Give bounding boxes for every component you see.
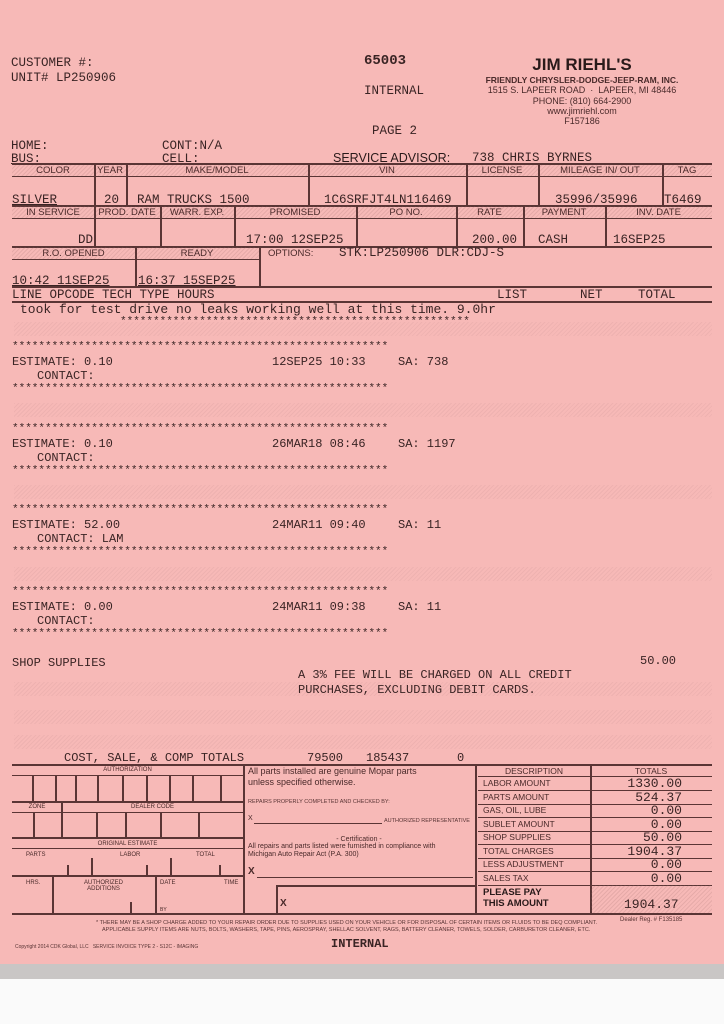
unit-number: UNIT# LP250906 <box>11 71 116 85</box>
col-list: LIST <box>497 288 527 302</box>
stars-divider: ****************************************… <box>12 586 388 598</box>
totals-row: TOTAL CHARGES1904.37 <box>478 845 712 858</box>
invoice-type: INTERNAL <box>364 84 424 98</box>
comp-total: 0 <box>457 751 464 765</box>
dealer-address: 1515 S. LAPEER ROAD · LAPEER, MI 48446 <box>467 85 697 95</box>
estimate-amount: ESTIMATE: 0.10 <box>12 355 113 369</box>
vehicle-mileage: 35996/35996 <box>555 193 638 207</box>
cost-total: 79500 <box>307 751 343 765</box>
totals-row: LABOR AMOUNT1330.00 <box>478 777 712 790</box>
total-label: TOTAL <box>196 852 215 858</box>
totals-row: SUBLET AMOUNT0.00 <box>478 818 712 831</box>
amount-due: 1904.37 <box>624 897 679 912</box>
stars-divider: ****************************************… <box>12 504 388 516</box>
dealer-tagline: FRIENDLY CHRYSLER-DODGE-JEEP-RAM, INC. <box>467 75 697 85</box>
totals-row-label: SALES TAX <box>483 873 529 883</box>
vehicle-make-model: RAM TRUCKS 1500 <box>137 193 250 207</box>
col-vin: VIN <box>308 165 466 176</box>
authorization-label: AUTHORIZATION <box>12 767 243 773</box>
col-promised: PROMISED <box>234 207 356 218</box>
col-total: TOTAL <box>638 288 676 302</box>
stars-divider: ****************************************… <box>12 341 388 353</box>
stars-divider: ****************************************… <box>12 628 388 640</box>
totals-row: PARTS AMOUNT524.37 <box>478 791 712 804</box>
totals-row-label: GAS, OIL, LUBE <box>483 805 546 815</box>
copyright: Copyright 2014 CDK Global, LLC SERVICE I… <box>15 944 198 950</box>
description-header: DESCRIPTION <box>478 766 590 776</box>
estimate-amount: ESTIMATE: 0.00 <box>12 600 113 614</box>
estimate-sa: SA: 11 <box>398 518 441 532</box>
col-rate: RATE <box>456 207 523 218</box>
col-color: COLOR <box>12 165 94 176</box>
totals-row-label: LESS ADJUSTMENT <box>483 859 564 869</box>
estimate-contact: CONTACT: <box>37 369 95 383</box>
vehicle-vin: 1C6SRFJT4LN116469 <box>324 193 452 207</box>
zone-label: ZONE <box>12 804 62 810</box>
in-service-value: DD <box>78 233 93 247</box>
totals-row: SHOP SUPPLIES50.00 <box>478 831 712 844</box>
estimate-sa: SA: 738 <box>398 355 448 369</box>
credit-notice-line-1: A 3% FEE WILL BE CHARGED ON ALL CREDIT <box>298 668 572 682</box>
totals-row-label: TOTAL CHARGES <box>483 846 554 856</box>
col-tag: TAG <box>662 165 712 176</box>
line-columns-header: LINE OPCODE TECH TYPE HOURS <box>12 288 215 302</box>
invoice-number: 65003 <box>364 53 406 69</box>
parts-label: PARTS <box>26 852 45 858</box>
estimate-amount: ESTIMATE: 0.10 <box>12 437 113 451</box>
invoice-date-value: 16SEP25 <box>613 233 666 247</box>
dealer-code-label: DEALER CODE <box>62 804 243 810</box>
estimate-contact: CONTACT: <box>37 451 95 465</box>
options-value: STK:LP250906 DLR:CDJ-S <box>339 246 504 260</box>
col-year: YEAR <box>94 165 126 176</box>
options-label: OPTIONS: <box>268 248 313 259</box>
shop-supplies-amount: 50.00 <box>640 654 676 668</box>
certification-text: All repairs and parts listed were furnis… <box>248 843 436 859</box>
estimate-contact: CONTACT: <box>37 614 95 628</box>
estimate-date: 26MAR18 08:46 <box>272 437 366 451</box>
hrs-label: HRS. <box>26 880 40 886</box>
dealer-reg: Dealer Reg. # F135185 <box>620 917 682 923</box>
totals-row-label: PARTS AMOUNT <box>483 792 549 802</box>
repairs-checked-label: REPAIRS PROPERLY COMPLETED AND CHECKED B… <box>248 799 390 805</box>
ready-label: READY <box>135 248 259 259</box>
date-label: DATE <box>160 880 176 886</box>
totals-row: LESS ADJUSTMENT0.00 <box>478 858 712 871</box>
col-in-service: IN SERVICE <box>12 207 94 218</box>
dealer-name: JIM RIEHL'S <box>477 55 687 75</box>
service-invoice-page: CUSTOMER #: UNIT# LP250906 65003 INTERNA… <box>0 0 724 964</box>
estimate-date: 12SEP25 10:33 <box>272 355 366 369</box>
col-make-model: MAKE/MODEL <box>126 165 308 176</box>
cost-totals-label: COST, SALE, & COMP TOTALS <box>64 751 244 765</box>
estimate-date: 24MAR11 09:40 <box>272 518 366 532</box>
estimate-amount: ESTIMATE: 52.00 <box>12 518 120 532</box>
stars-divider: ****************************************… <box>12 383 388 395</box>
customer-number-label: CUSTOMER #: <box>11 56 94 70</box>
stars-divider: ****************************************… <box>12 465 388 477</box>
totals-row-label: LABOR AMOUNT <box>483 778 551 788</box>
customer-signature-x: X <box>280 898 287 909</box>
page-number: PAGE 2 <box>372 124 417 138</box>
page-edge-shadow <box>0 964 724 979</box>
estimate-contact: CONTACT: LAM <box>37 532 123 546</box>
supply-items-note: APPLICABLE SUPPLY ITEMS ARE NUTS, BOLTS,… <box>102 927 590 933</box>
sale-total: 185437 <box>366 751 409 765</box>
shop-charge-note: * THERE MAY BE A SHOP CHARGE ADDED TO YO… <box>96 920 597 926</box>
home-label: HOME: <box>11 139 49 153</box>
stars-divider: ****************************************… <box>12 423 388 435</box>
authorized-additions-label: AUTHORIZED ADDITIONS <box>52 880 155 892</box>
signature-x-2: X <box>248 866 255 877</box>
signature-x-1: X <box>248 815 253 822</box>
estimate-sa: SA: 11 <box>398 600 441 614</box>
col-prod-date: PROD. DATE <box>94 207 160 218</box>
payment-value: CASH <box>538 233 568 247</box>
col-mileage: MILEAGE IN/ OUT <box>538 165 662 176</box>
totals-header: TOTALS <box>590 766 712 776</box>
col-inv-date: INV. DATE <box>605 207 712 218</box>
original-estimate-label: ORIGINAL ESTIMATE <box>12 841 243 847</box>
dealer-phone: PHONE: (810) 664-2900 <box>467 96 697 106</box>
please-pay-label: PLEASE PAY THIS AMOUNT <box>483 887 549 909</box>
certification-title: - Certification - <box>243 836 475 843</box>
line-note: took for test drive no leaks working wel… <box>20 302 496 317</box>
totals-row-label: SHOP SUPPLIES <box>483 832 551 842</box>
col-net: NET <box>580 288 603 302</box>
by-label: BY <box>160 907 167 913</box>
labor-label: LABOR <box>120 852 140 858</box>
totals-row: SALES TAX0.00 <box>478 872 712 885</box>
col-warr-exp: WARR. EXP. <box>160 207 234 218</box>
dealer-website[interactable]: www.jimriehl.com <box>467 106 697 116</box>
ro-opened-label: R.O. OPENED <box>12 248 135 259</box>
time-label: TIME <box>224 880 238 886</box>
estimate-date: 24MAR11 09:38 <box>272 600 366 614</box>
credit-notice-line-2: PURCHASES, EXCLUDING DEBIT CARDS. <box>298 683 536 697</box>
rate-value: 200.00 <box>472 233 517 247</box>
vehicle-tag: T6469 <box>664 193 702 207</box>
col-license: LICENSE <box>466 165 538 176</box>
vehicle-year: 20 <box>104 193 119 207</box>
footer-internal: INTERNAL <box>331 937 389 951</box>
mopar-notice: All parts installed are genuine Mopar pa… <box>248 766 417 788</box>
stars-divider: ****************************************… <box>12 546 388 558</box>
estimate-sa: SA: 1197 <box>398 437 456 451</box>
contact-value: CONT:N/A <box>162 139 222 153</box>
dealer-form-number: F157186 <box>467 116 697 126</box>
col-payment: PAYMENT <box>523 207 605 218</box>
stars-divider: ****************************************… <box>120 316 470 328</box>
totals-row-label: SUBLET AMOUNT <box>483 819 555 829</box>
shop-supplies-label: SHOP SUPPLIES <box>12 656 106 670</box>
authorized-rep-label: AUTHORIZED REPRESENTATIVE <box>384 818 470 824</box>
promised-value: 17:00 12SEP25 <box>246 233 344 247</box>
totals-row: GAS, OIL, LUBE0.00 <box>478 804 712 817</box>
totals-row-value: 0.00 <box>651 871 682 886</box>
vehicle-color: SILVER <box>12 193 57 207</box>
col-po-no: PO NO. <box>356 207 456 218</box>
